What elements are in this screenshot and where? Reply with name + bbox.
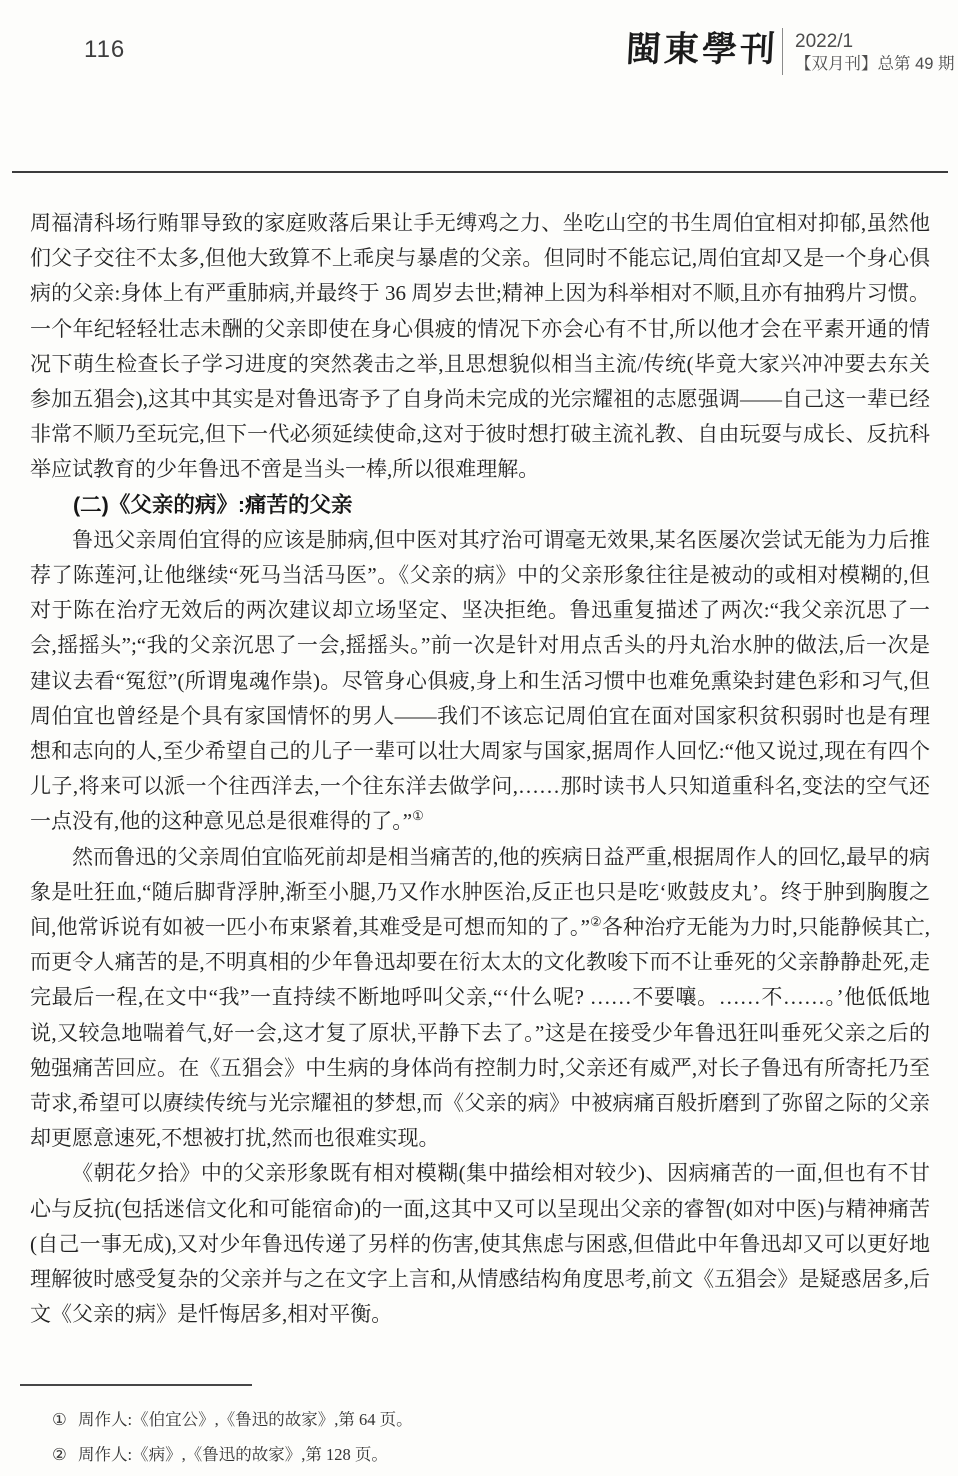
paragraph: 《朝花夕拾》中的父亲形象既有相对模糊(集中描绘相对较少)、因病痛苦的一面,但也有… — [30, 1156, 930, 1332]
page-number: 116 — [84, 36, 125, 64]
footnote-marker: ① — [52, 1402, 78, 1437]
header-rule — [12, 171, 948, 173]
paragraph: 鲁迅父亲周伯宜得的应该是肺病,但中医对其疗治可谓毫无效果,某名医屡次尝试无能为力… — [30, 523, 930, 840]
section-heading: (二)《父亲的病》:痛苦的父亲 — [30, 488, 930, 523]
footnote-marker: ② — [52, 1437, 78, 1472]
issue-date: 2022/1 — [795, 30, 955, 53]
paragraph: 然而鲁迅的父亲周伯宜临死前却是相当痛苦的,他的疾病日益严重,根据周作人的回忆,最… — [30, 840, 930, 1157]
footnotes: ① 周作人:《伯宜公》,《鲁迅的故家》,第 64 页。 ② 周作人:《病》,《鲁… — [30, 1402, 910, 1472]
paragraph-continuation: 周福清科场行贿罪导致的家庭败落后果让手无缚鸡之力、坐吃山空的书生周伯宜相对抑郁,… — [30, 206, 930, 488]
footnote-text: 周作人:《伯宜公》,《鲁迅的故家》,第 64 页。 — [78, 1402, 910, 1437]
footnote-item: ② 周作人:《病》,《鲁迅的故家》,第 128 页。 — [30, 1437, 910, 1472]
issue-number: 【双月刊】总第 49 期 — [795, 53, 955, 75]
footnote-text: 周作人:《病》,《鲁迅的故家》,第 128 页。 — [78, 1437, 910, 1472]
footnote-item: ① 周作人:《伯宜公》,《鲁迅的故家》,第 64 页。 — [30, 1402, 910, 1437]
footnote-rule — [20, 1384, 252, 1386]
journal-title: 閩東學刊 — [625, 26, 778, 74]
header-vertical-divider — [782, 28, 783, 75]
issue-info: 2022/1 【双月刊】总第 49 期 — [795, 30, 955, 75]
journal-page: { "header": { "page_number": "116", "jou… — [0, 0, 958, 1476]
article-body: 周福清科场行贿罪导致的家庭败落后果让手无缚鸡之力、坐吃山空的书生周伯宜相对抑郁,… — [30, 206, 930, 1333]
